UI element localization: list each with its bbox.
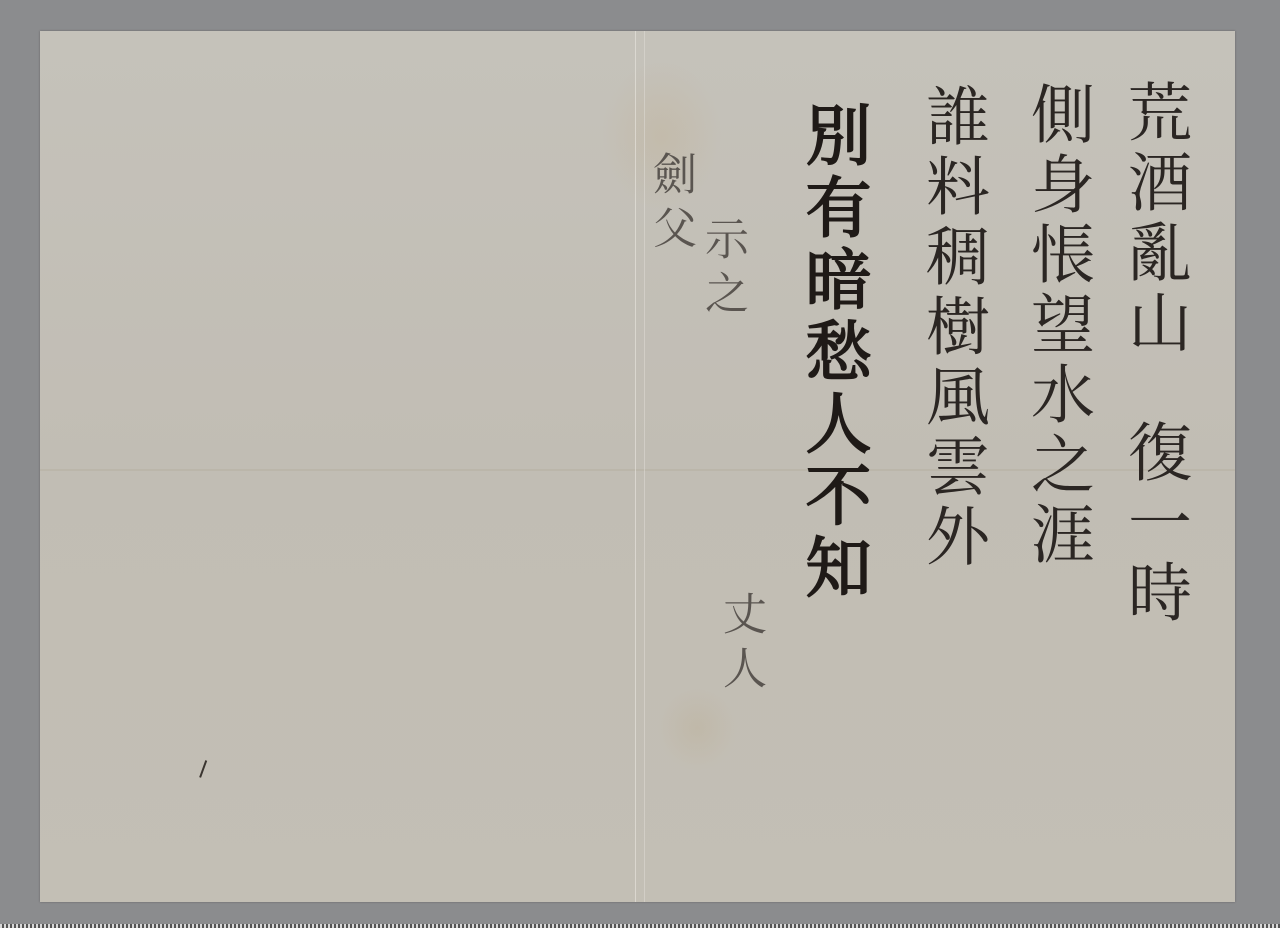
inscription-col-2: 示之 [700,216,744,324]
inscription-col-2-text: 示之 [697,216,748,324]
poem-column-2: 側身悵望水之涯 [1025,81,1089,571]
poem-column-4: 別有暗愁人不知 [800,101,866,605]
poem-column-4-bottom: 人不知 [794,389,872,605]
poem-column-1: 荒酒亂山復一時 [1122,79,1186,629]
poem-column-2-top: 側身悵望 [1020,81,1094,361]
inscription-col-1-text: 劍父 [645,151,696,259]
paper-sheet: 荒酒亂山復一時 側身悵望水之涯 誰料稠樹風雲外 別有暗愁人不知 丈人 劍父 示之 [40,31,1235,902]
poem-column-1-bottom: 復一時 [1117,419,1191,629]
poem-column-3-bottom: 風雲外 [915,363,989,573]
attribution: 丈人 [718,591,762,699]
inscription-col-1: 劍父 [648,151,692,259]
poem-column-1-top: 荒酒亂山 [1117,79,1191,359]
poem-column-3: 誰料稠樹風雲外 [920,83,984,573]
scan-scale-strip [0,924,1280,928]
center-fold [635,31,645,902]
ink-mark [199,760,213,780]
attribution-text: 丈人 [715,591,766,699]
poem-column-4-top: 別有暗愁 [794,101,872,389]
poem-column-2-bottom: 水之涯 [1020,361,1094,571]
poem-column-3-top: 誰料稠樹 [915,83,989,363]
